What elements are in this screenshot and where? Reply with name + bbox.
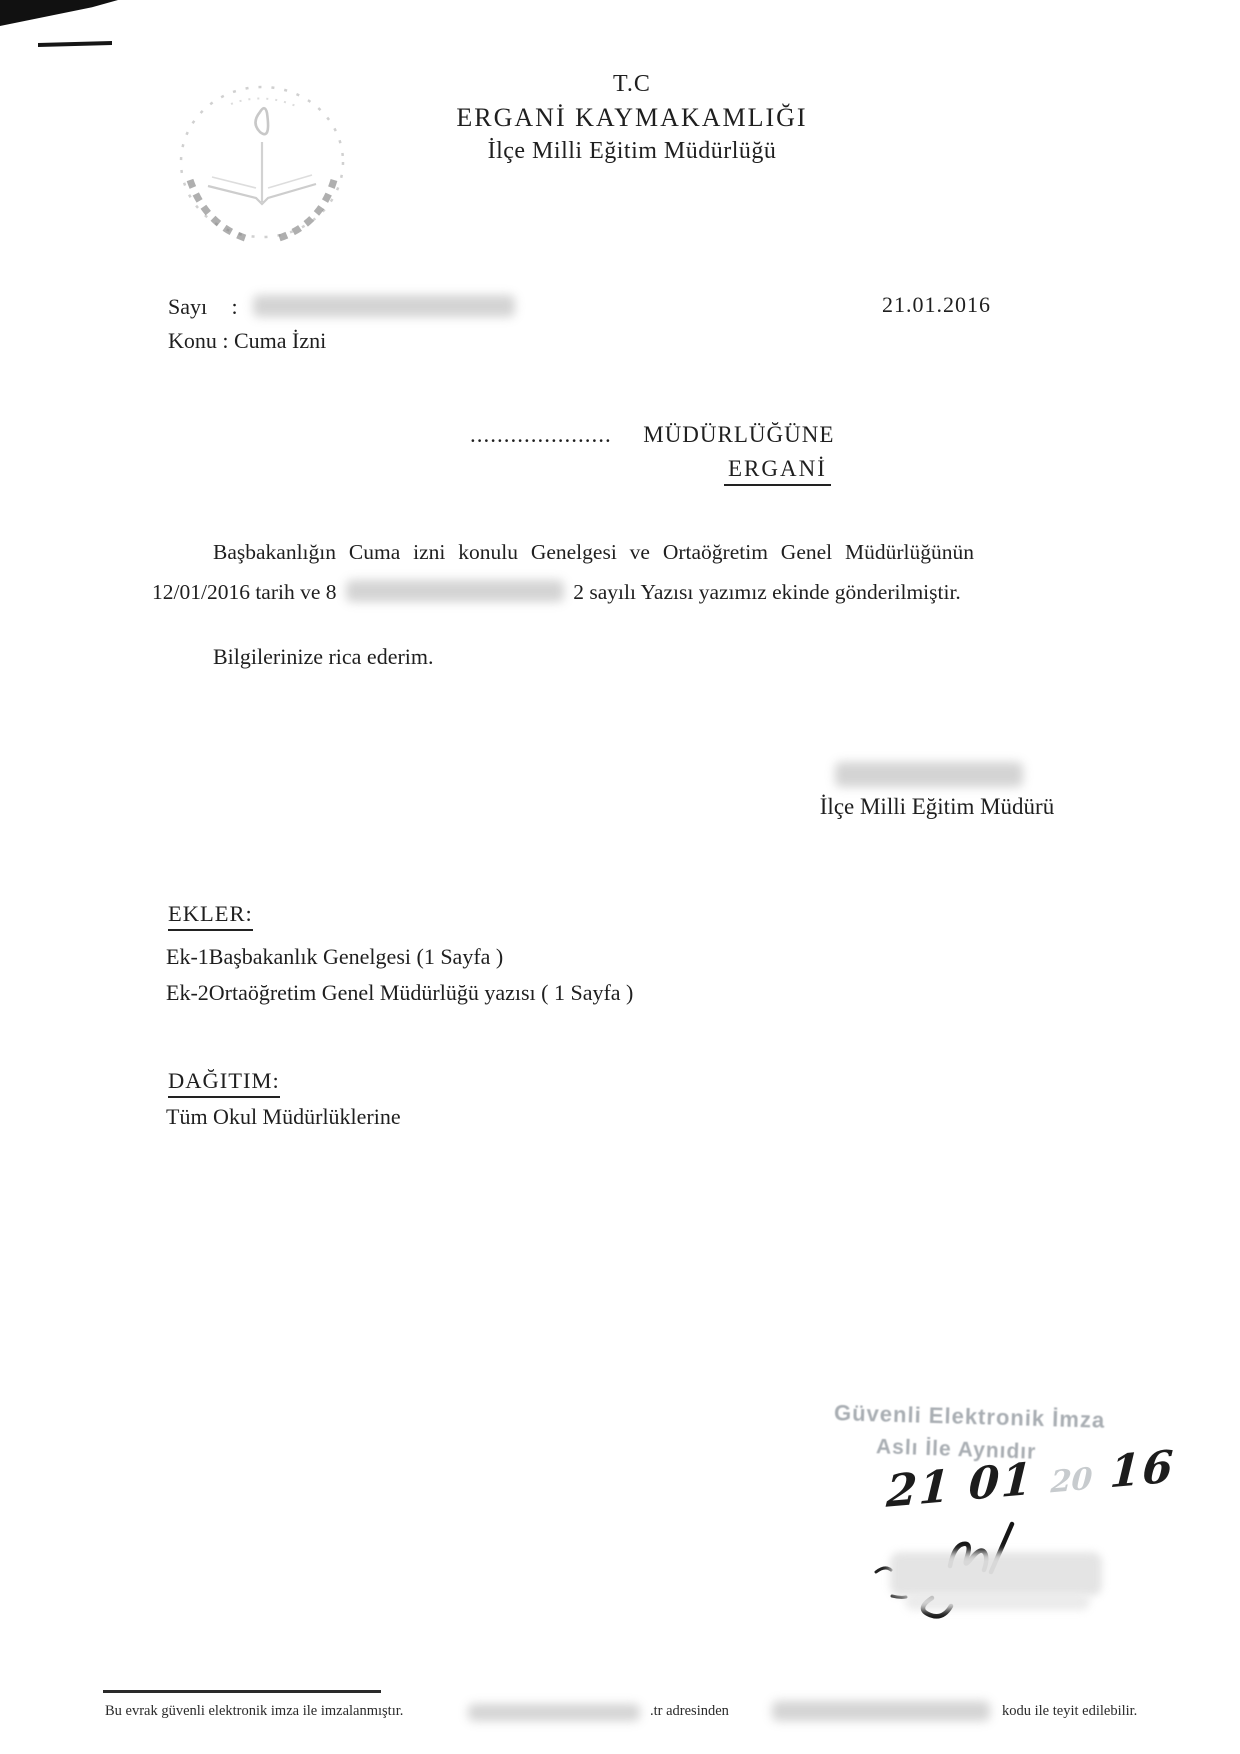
footer-address-text: .tr adresinden [650, 1703, 729, 1720]
distribution-heading: DAĞITIM: [168, 1068, 280, 1098]
attachment-item: Ek-2Ortaöğretim Genel Müdürlüğü yazısı (… [166, 980, 633, 1006]
handwritten-year: 16 [1109, 1441, 1177, 1498]
redacted-document-number [253, 295, 515, 317]
sayi-label: Sayı [168, 294, 226, 320]
redacted-verification-url [468, 1704, 640, 1721]
letterhead: T.C ERGANİ KAYMAKAMLIĞI İlçe Milli Eğiti… [382, 72, 882, 163]
stamp-secure-signature-text: Güvenli Elektronik İmza [834, 1400, 1106, 1434]
sayi-colon: : [232, 294, 238, 319]
body-paragraph-line2: 12/01/2016 tarih ve 8 2 sayılı Yazısı ya… [152, 580, 961, 605]
recipient-title: MÜDÜRLÜĞÜNE [643, 422, 834, 447]
redacted-reference-number [346, 580, 564, 602]
konu-value: Cuma İzni [234, 328, 326, 353]
footer-code-text: kodu ile teyit edilebilir. [1002, 1703, 1137, 1720]
signer-title: İlçe Milli Eğitim Müdürü [727, 794, 1147, 820]
body-line2-suffix: 2 sayılı Yazısı yazımız ekinde gönderilm… [573, 580, 961, 604]
body-paragraph-line1: Başbakanlığın Cuma izni konulu Genelgesi… [213, 540, 974, 565]
republic-abbreviation: T.C [382, 72, 882, 96]
attachments-heading: EKLER: [168, 901, 253, 931]
scanned-letter-page: T.C ERGANİ KAYMAKAMLIĞI İlçe Milli Eğiti… [0, 0, 1240, 1754]
closing-sentence: Bilgilerinize rica ederim. [213, 644, 434, 670]
handwritten-day-month: 21 01 [885, 1454, 1035, 1518]
footer-separator-line [103, 1690, 381, 1693]
stamp-year-prefix-faint: 20 [1050, 1461, 1093, 1500]
signature-blur-smudge [905, 1594, 1090, 1610]
distribution-section: DAĞITIM: [168, 1068, 280, 1098]
issuing-department: İlçe Milli Eğitim Müdürlüğü [382, 139, 882, 163]
konu-label: Konu : [168, 328, 229, 353]
document-date: 21.01.2016 [882, 292, 991, 318]
scan-artifact-corner [0, 0, 118, 26]
ministry-of-education-seal-icon [176, 84, 348, 246]
subject-row: Konu : Cuma İzni [168, 328, 326, 354]
recipient-city: ERGANİ [724, 456, 831, 486]
recipient-dots: ..................... [470, 422, 612, 447]
attachments-section: EKLER: [168, 901, 253, 931]
distribution-item: Tüm Okul Müdürlüklerine [166, 1104, 401, 1130]
redacted-verification-code [772, 1701, 990, 1721]
footer-verification-text: Bu evrak güvenli elektronik imza ile imz… [105, 1703, 403, 1720]
attachment-item: Ek-1Başbakanlık Genelgesi (1 Sayfa ) [166, 944, 503, 970]
document-number-row: Sayı : [168, 294, 515, 320]
recipient-line: ..................... MÜDÜRLÜĞÜNE [470, 422, 834, 448]
scan-artifact-mark [38, 41, 112, 47]
issuing-office: ERGANİ KAYMAKAMLIĞI [382, 105, 882, 131]
body-line2-prefix: 12/01/2016 tarih ve 8 [152, 580, 337, 604]
signature-blur-smudge [890, 1552, 1102, 1596]
redacted-signer-name [835, 762, 1023, 787]
